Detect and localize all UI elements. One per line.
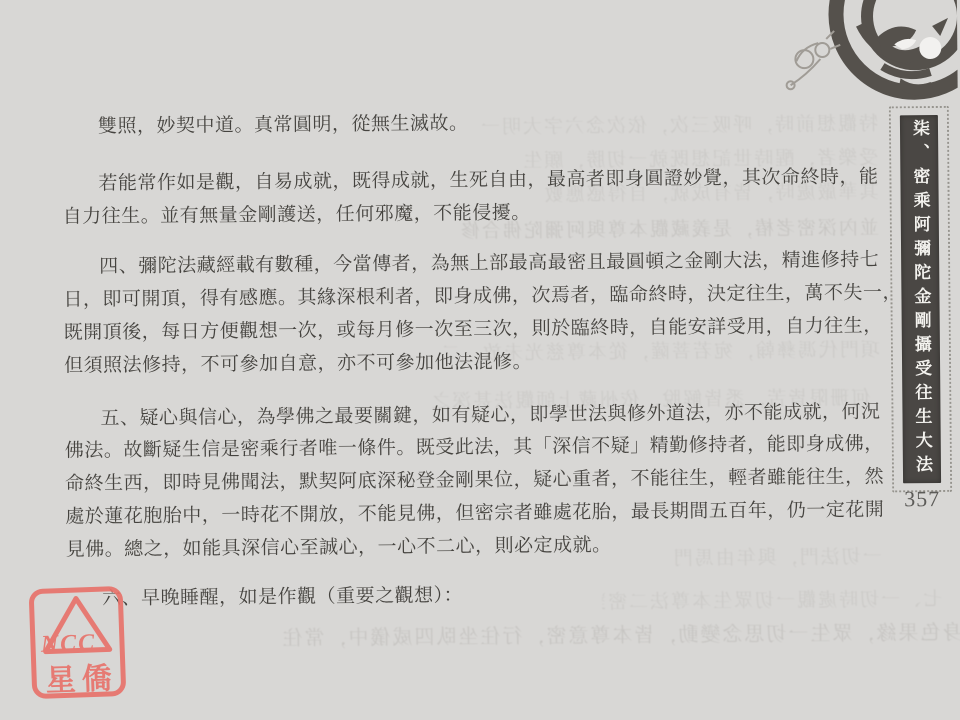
text-line: 但須照法修持，不可參加自意，亦不可參加他法混修。 bbox=[64, 343, 882, 383]
text-line: 雙照，妙契中道。真常圓明，從無生滅故。 bbox=[62, 105, 880, 145]
chapter-tab-frame: 柒、密乘阿彌陀金剛攝受往生大法 bbox=[889, 106, 952, 493]
scanned-book-page: 特觀想前時，呼吸三次，依次念六字大明一 受樂者，醒時世記想既就一切勝，願生 其華… bbox=[0, 0, 960, 720]
text-line: 見佛。總之，如能具深信心至誠心，一心不二心，則必定成就。 bbox=[66, 527, 884, 567]
bleedthrough-text: 身色果緣，眾生一切思念變動，皆本尊意密，行住坐臥四威儀中，常住 bbox=[2, 616, 960, 653]
chapter-title: 柒、密乘阿彌陀金剛攝受往生大法 bbox=[900, 119, 941, 479]
page-scan-content: 特觀想前時，呼吸三次，依次念六字大明一 受樂者，醒時世記想既就一切勝，願生 其華… bbox=[0, 0, 960, 720]
page-number: 357 bbox=[892, 486, 952, 513]
chapter-tab: 柒、密乘阿彌陀金剛攝受往生大法 bbox=[900, 115, 941, 483]
ncc-stamp: NCC 星僑 bbox=[29, 586, 127, 699]
dragon-seal-emblem-icon bbox=[782, 0, 958, 115]
text-line: 自力往生。並有無量金剛護送，任何邪魔，不能侵擾。 bbox=[63, 194, 881, 234]
stamp-name-label: 星僑 bbox=[36, 653, 121, 700]
body-text: 雙照，妙契中道。真常圓明，從無生滅故。 若能常作如是觀，自易成就，既得成就，生死… bbox=[62, 105, 884, 616]
